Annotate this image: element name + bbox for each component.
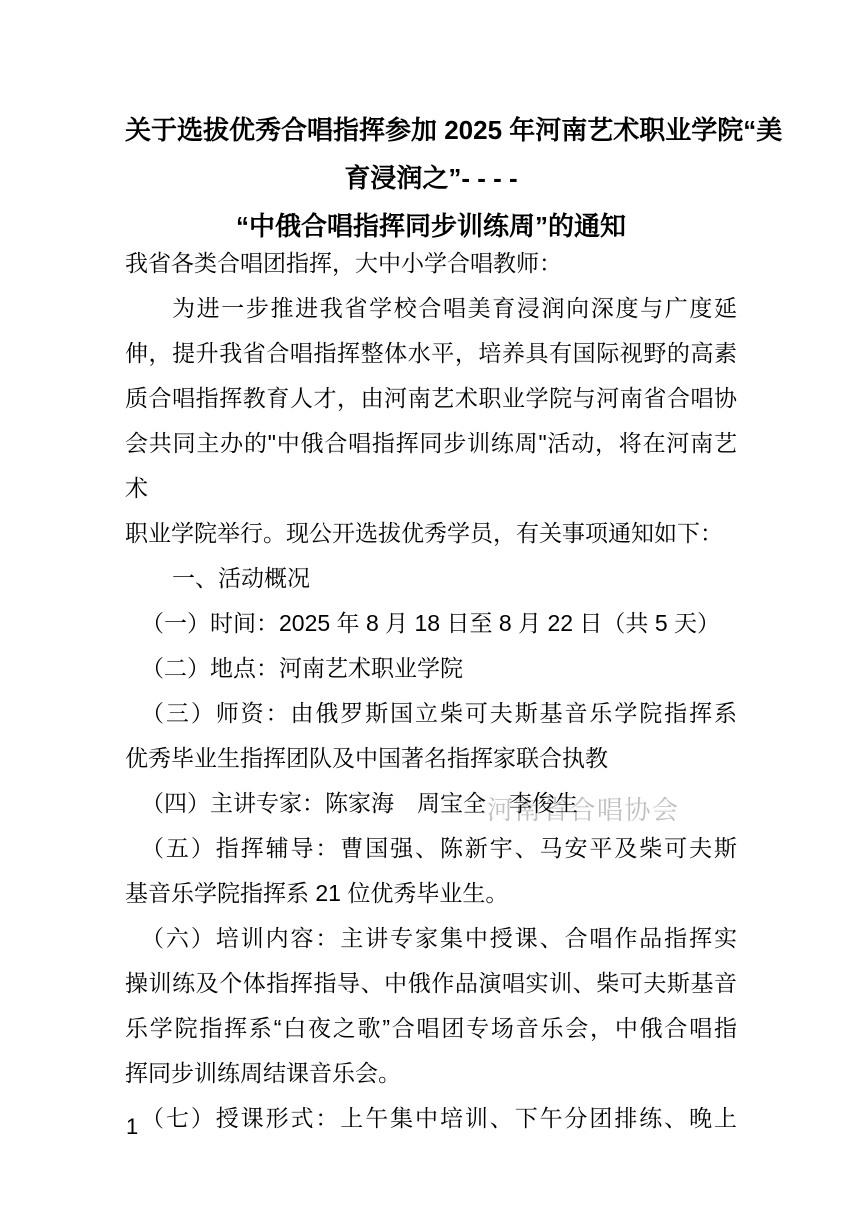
paragraph-line: （一）时间：2025 年 8 月 18 日至 8 月 22 日（共 5 天） — [125, 601, 737, 646]
paragraph-line: 质合唱指挥教育人才，由河南艺术职业学院与河南省合唱协 — [125, 376, 737, 421]
paragraph-line: （五）指挥辅导：曹国强、陈新宇、马安平及柴可夫斯 — [125, 826, 737, 871]
document-page: 河南省合唱协会 关于选拔优秀合唱指挥参加 2025 年河南艺术职业学院“美育浸润… — [0, 0, 850, 1227]
title-line: 关于选拔优秀合唱指挥参加 2025 年河南艺术职业学院“美 — [125, 106, 737, 154]
paragraph-line: （四）主讲专家：陈家海 周宝全 李俊生 — [125, 781, 737, 826]
document-title: 关于选拔优秀合唱指挥参加 2025 年河南艺术职业学院“美育浸润之”- - - … — [125, 106, 737, 250]
paragraph-line: 会共同主办的"中俄合唱指挥同步训练周"活动，将在河南艺术 — [125, 421, 737, 511]
document-content: 关于选拔优秀合唱指挥参加 2025 年河南艺术职业学院“美育浸润之”- - - … — [125, 106, 737, 1141]
paragraph-line: 挥同步训练周结课音乐会。 — [125, 1051, 737, 1096]
paragraph-line: （二）地点：河南艺术职业学院 — [125, 646, 737, 691]
paragraph-line: （六）培训内容：主讲专家集中授课、合唱作品指挥实 — [125, 916, 737, 961]
paragraph-line: （七）授课形式：上午集中培训、下午分团排练、晚上 — [125, 1096, 737, 1141]
title-line: 育浸润之”- - - - — [125, 154, 737, 202]
paragraph-line: 乐学院指挥系“白夜之歌”合唱团专场音乐会，中俄合唱指 — [125, 1006, 737, 1051]
paragraph-line: 为进一步推进我省学校合唱美育浸润向深度与广度延 — [125, 286, 737, 331]
paragraph-line: 一、活动概况 — [125, 556, 737, 601]
paragraph-line: 操训练及个体指挥指导、中俄作品演唱实训、柴可夫斯基音 — [125, 961, 737, 1006]
paragraph-line: （三）师资：由俄罗斯国立柴可夫斯基音乐学院指挥系 — [125, 691, 737, 736]
paragraph-line: 优秀毕业生指挥团队及中国著名指挥家联合执教 — [125, 736, 737, 781]
paragraph-line: 基音乐学院指挥系 21 位优秀毕业生。 — [125, 871, 737, 916]
page-number: 1 — [126, 1114, 138, 1140]
paragraph-line: 我省各类合唱团指挥，大中小学合唱教师： — [125, 241, 737, 286]
paragraph-line: 职业学院举行。现公开选拔优秀学员，有关事项通知如下： — [125, 511, 737, 556]
paragraph-line: 伸，提升我省合唱指挥整体水平，培养具有国际视野的高素 — [125, 331, 737, 376]
document-body: 我省各类合唱团指挥，大中小学合唱教师：为进一步推进我省学校合唱美育浸润向深度与广… — [125, 241, 737, 1141]
